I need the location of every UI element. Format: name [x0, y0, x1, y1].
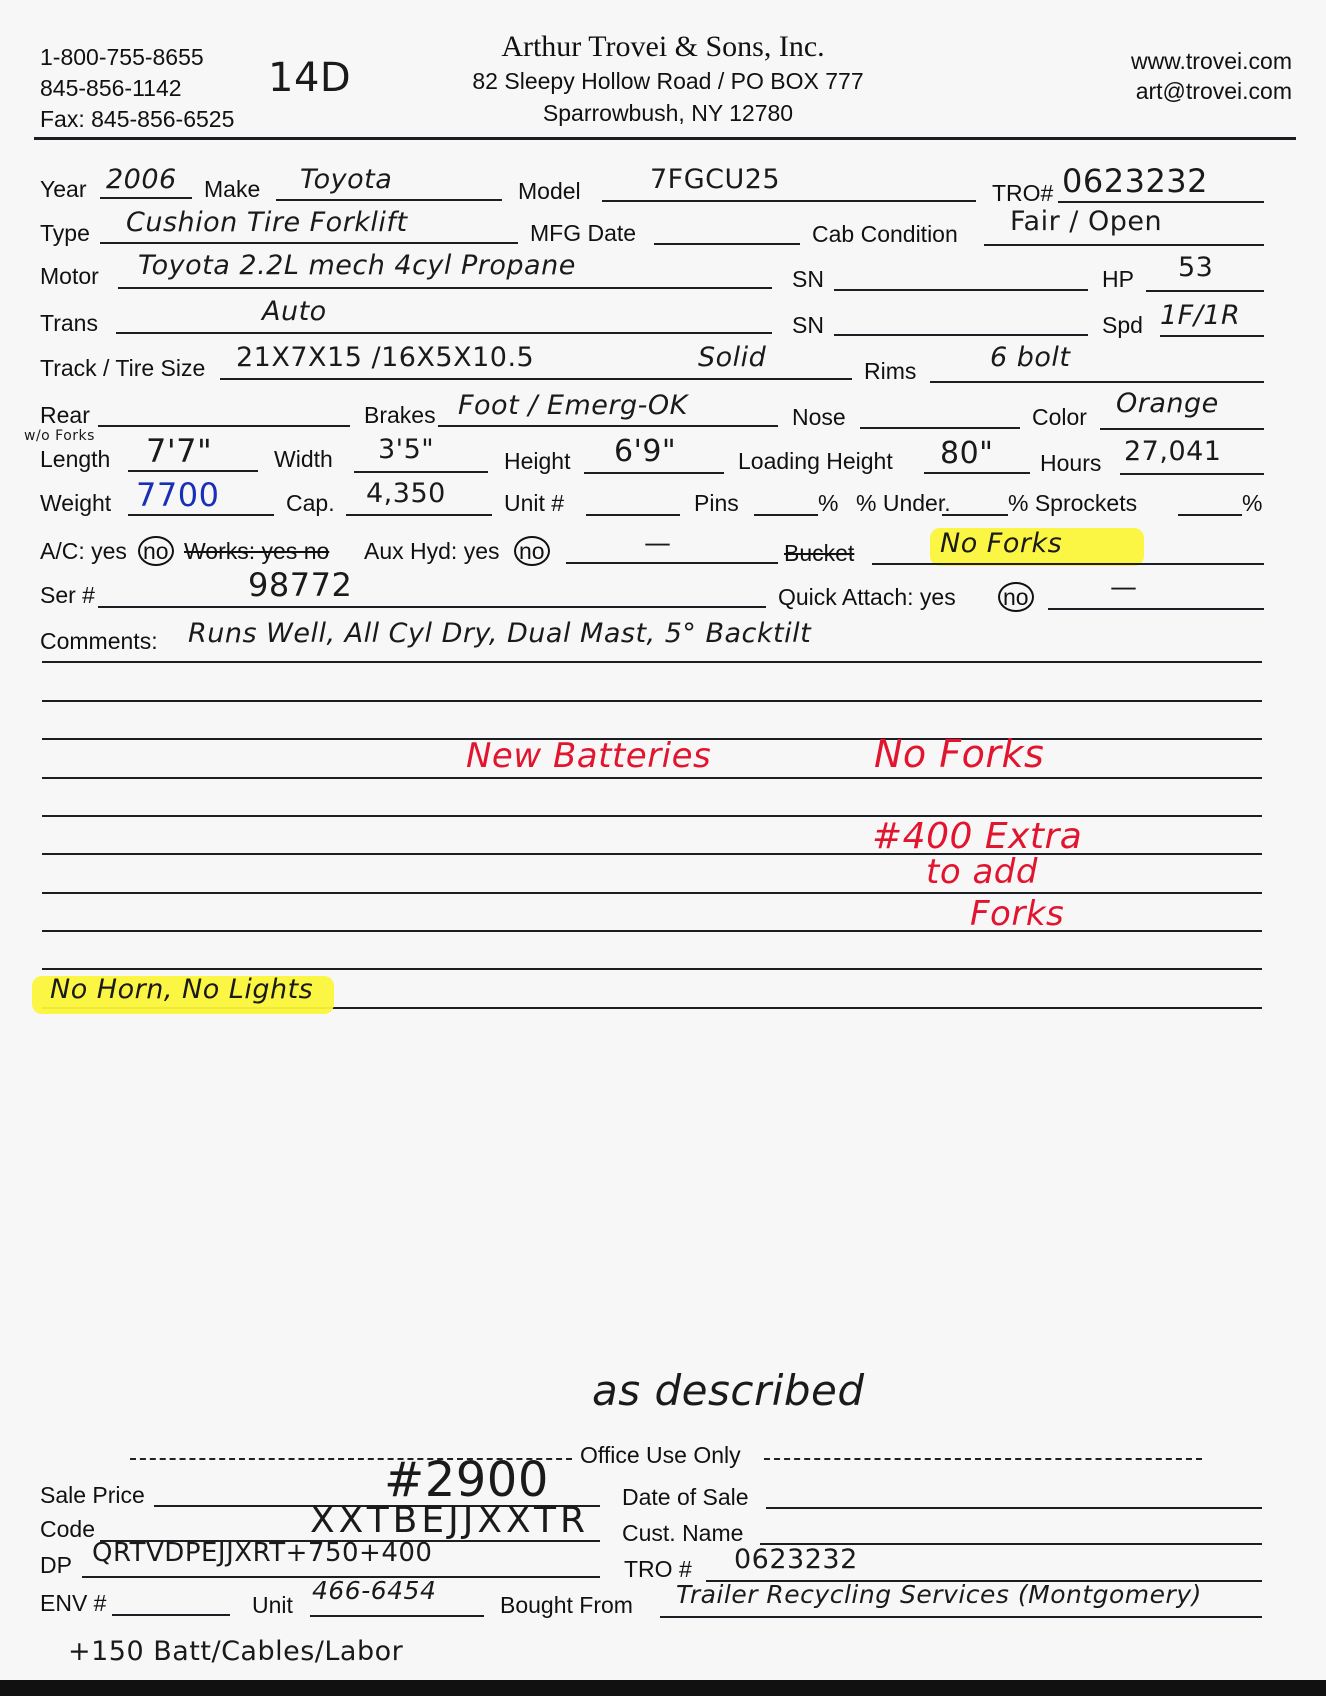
env-label: ENV # [40, 1590, 106, 1617]
email-link[interactable]: art@trovei.com [1136, 78, 1292, 105]
hours-label: Hours [1040, 450, 1101, 477]
company-name: Arthur Trovei & Sons, Inc. [0, 30, 1326, 64]
loading-height-field[interactable]: 80" [940, 436, 993, 471]
weight-field[interactable]: 7700 [136, 476, 219, 514]
note-no-horn-lights: No Horn, No Lights [50, 974, 313, 1005]
bought-from-field[interactable]: Trailer Recycling Services (Montgomery) [676, 1580, 1202, 1609]
note-forks: Forks [970, 894, 1064, 934]
brakes-label: Brakes [364, 402, 436, 429]
comment-line [42, 777, 1262, 779]
pins-pct: % [818, 490, 838, 517]
brakes-field[interactable]: Foot / Emerg-OK [458, 390, 688, 421]
scan-edge [0, 1680, 1326, 1696]
pins-label: Pins [694, 490, 739, 517]
hp-field[interactable]: 53 [1178, 252, 1213, 283]
comment-line [42, 968, 1262, 970]
ac-label: A/C: yes [40, 538, 127, 565]
rims-field[interactable]: 6 bolt [990, 342, 1071, 373]
sprockets-label: % Sprockets [1008, 490, 1137, 517]
note-new-batteries: New Batteries [466, 736, 711, 776]
code-label: Code [40, 1516, 95, 1543]
sprockets-field[interactable] [1178, 514, 1242, 516]
ser-label: Ser # [40, 582, 95, 609]
year-label: Year [40, 176, 86, 203]
cust-name-label: Cust. Name [622, 1520, 743, 1547]
unit-label: Unit # [504, 490, 564, 517]
quick-attach-label: Quick Attach: yes [778, 584, 956, 611]
comments-label: Comments: [40, 628, 158, 655]
comment-line [42, 930, 1262, 932]
track-tire-note: Solid [698, 342, 766, 373]
comment-line [42, 892, 1262, 894]
aux-hyd-label: Aux Hyd: yes [364, 538, 500, 565]
note-extra-price: #400 Extra [872, 816, 1082, 857]
color-label: Color [1032, 404, 1087, 431]
nose-label: Nose [792, 404, 846, 431]
dp-label: DP [40, 1552, 72, 1579]
hours-field[interactable]: 27,041 [1124, 436, 1221, 467]
bucket-field[interactable]: No Forks [940, 528, 1062, 559]
comment-line [42, 700, 1262, 702]
website-link[interactable]: www.trovei.com [1131, 48, 1292, 75]
tro-office-label: TRO # [624, 1556, 692, 1583]
under-label: % Under. [856, 490, 951, 517]
make-field[interactable]: Toyota [300, 164, 392, 195]
motor-sn-label: SN [792, 266, 824, 293]
track-tire-field[interactable]: 21X7X15 /16X5X10.5 [236, 342, 534, 373]
height-field[interactable]: 6'9" [614, 434, 676, 469]
unit-field[interactable] [586, 514, 680, 516]
tro-office-field[interactable]: 0623232 [734, 1544, 858, 1575]
as-described-note: as described [592, 1366, 865, 1415]
ser-field[interactable]: 98772 [248, 566, 352, 604]
aux-hyd-field[interactable]: — [644, 528, 672, 559]
trans-label: Trans [40, 310, 98, 337]
bought-from-label: Bought From [500, 1592, 633, 1619]
motor-sn-field[interactable] [834, 289, 1088, 291]
loading-height-label: Loading Height [738, 448, 893, 475]
model-field[interactable]: 7FGCU25 [650, 164, 780, 195]
bucket-label: Bucket [784, 540, 854, 567]
ac-no-option[interactable]: no [138, 536, 174, 566]
length-note: w/o Forks [24, 428, 95, 444]
cap-field[interactable]: 4,350 [366, 478, 446, 509]
unit-office-field[interactable]: 466-6454 [312, 1576, 436, 1605]
rims-label: Rims [864, 358, 916, 385]
sprockets-pct: % [1242, 490, 1262, 517]
quick-attach-no-option[interactable]: no [998, 582, 1034, 612]
length-label: Length [40, 446, 110, 473]
rear-label: Rear [40, 402, 90, 429]
note-no-forks: No Forks [874, 732, 1044, 776]
tro-field[interactable]: 0623232 [1062, 162, 1208, 200]
pins-field[interactable] [754, 514, 818, 516]
dp-field[interactable]: QRTVDPEJJXRT+750+400 [92, 1538, 432, 1568]
mfg-date-label: MFG Date [530, 220, 636, 247]
date-of-sale-field[interactable] [766, 1507, 1262, 1509]
quick-attach-field[interactable]: — [1110, 572, 1138, 603]
year-field[interactable]: 2006 [106, 164, 177, 195]
header-divider [34, 137, 1296, 140]
pct-under-prefix-field[interactable] [942, 514, 1008, 516]
mfg-date-field[interactable] [654, 243, 800, 245]
aux-hyd-no-option[interactable]: no [514, 536, 550, 566]
trans-sn-label: SN [792, 312, 824, 339]
rear-field[interactable] [98, 425, 350, 427]
code-field[interactable]: XXTBEJJXXTR [310, 1500, 589, 1541]
tro-label: TRO# [992, 180, 1053, 207]
date-of-sale-label: Date of Sale [622, 1484, 749, 1511]
motor-field[interactable]: Toyota 2.2L mech 4cyl Propane [138, 250, 576, 281]
cap-label: Cap. [286, 490, 335, 517]
sale-price-label: Sale Price [40, 1482, 145, 1509]
spd-field[interactable]: 1F/1R [1160, 300, 1240, 331]
footer-note: +150 Batt/Cables/Labor [68, 1636, 403, 1667]
trans-field[interactable]: Auto [262, 296, 327, 327]
office-use-title: Office Use Only [580, 1442, 741, 1469]
cab-condition-label: Cab Condition [812, 221, 958, 248]
company-address-2: Sparrowbush, NY 12780 [0, 100, 1326, 127]
trans-sn-field[interactable] [834, 334, 1088, 336]
office-divider-right [764, 1458, 1202, 1460]
company-address-1: 82 Sleepy Hollow Road / PO BOX 777 [0, 68, 1326, 95]
motor-label: Motor [40, 263, 99, 290]
nose-field[interactable] [860, 427, 1020, 429]
height-label: Height [504, 448, 570, 475]
type-field[interactable]: Cushion Tire Forklift [126, 207, 408, 238]
make-label: Make [204, 176, 260, 203]
comment-line [42, 661, 1262, 663]
width-label: Width [274, 446, 333, 473]
weight-label: Weight [40, 490, 111, 517]
works-label: Works: yes no [184, 538, 329, 565]
unit-office-label: Unit [252, 1592, 293, 1619]
length-field[interactable]: 7'7" [146, 432, 212, 470]
width-field[interactable]: 3'5" [378, 434, 434, 465]
env-field[interactable] [112, 1614, 230, 1616]
cab-condition-field[interactable]: Fair / Open [1010, 206, 1162, 237]
color-field[interactable]: Orange [1116, 388, 1219, 419]
track-tire-label: Track / Tire Size [40, 355, 205, 382]
hp-label: HP [1102, 266, 1134, 293]
note-to-add: to add [926, 852, 1038, 892]
model-label: Model [518, 178, 581, 205]
spd-label: Spd [1102, 312, 1143, 339]
comments-field[interactable]: Runs Well, All Cyl Dry, Dual Mast, 5° Ba… [188, 618, 811, 649]
type-label: Type [40, 220, 90, 247]
